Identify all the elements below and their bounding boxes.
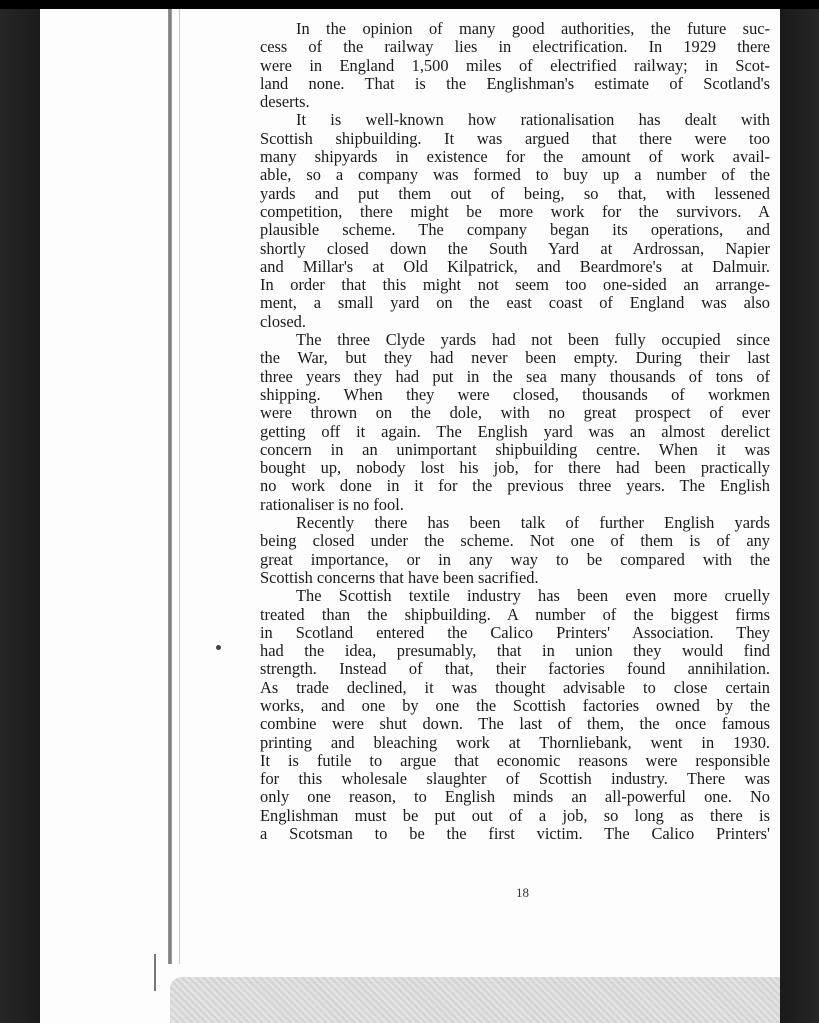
text-line: printing and bleaching work at Thornlieb… <box>260 734 770 752</box>
text-line: able, so a company was formed to buy up … <box>260 166 770 184</box>
text-line: works, and one by one the Scottish facto… <box>260 697 770 715</box>
text-line: plausible scheme. The company began its … <box>260 221 770 239</box>
top-frame-border <box>0 0 819 9</box>
text-line: yards and put them out of being, so that… <box>260 185 770 203</box>
page-gutter-shadow <box>168 9 172 964</box>
text-line: were in England 1,500 miles of electrifi… <box>260 57 770 75</box>
page-gutter-edge <box>179 9 180 964</box>
scan-speck <box>216 645 221 650</box>
text-line: It is well-known how rationalisation has… <box>260 111 770 129</box>
text-line: rationaliser is no fool. <box>260 496 770 514</box>
paragraph: In the opinion of many good authorities,… <box>260 20 770 111</box>
text-line: no work done in it for the previous thre… <box>260 477 770 495</box>
text-line: Englishman must be put out of a job, so … <box>260 807 770 825</box>
text-line: cess of the railway lies in electrificat… <box>260 38 770 56</box>
text-line: bought up, nobody lost his job, for ther… <box>260 459 770 477</box>
text-line: shipping. When they were closed, thousan… <box>260 386 770 404</box>
text-line: In order that this might not seem too on… <box>260 276 770 294</box>
text-line: The three Clyde yards had not been fully… <box>260 331 770 349</box>
right-frame-border <box>780 9 819 1023</box>
text-line: great importance, or in any way to be co… <box>260 551 770 569</box>
left-frame-border <box>0 9 40 1023</box>
page-corner-mark <box>154 954 156 991</box>
text-line: closed. <box>260 313 770 331</box>
text-line: three years they had put in the sea many… <box>260 368 770 386</box>
text-line: deserts. <box>260 93 770 111</box>
text-line: getting off it again. The English yard w… <box>260 423 770 441</box>
text-line: being closed under the scheme. Not one o… <box>260 532 770 550</box>
text-line: Scottish concerns that have been sacrifi… <box>260 569 770 587</box>
page-bottom-shadow <box>170 977 780 1023</box>
paragraph: The three Clyde yards had not been fully… <box>260 331 770 514</box>
text-line: a Scotsman to be the first victim. The C… <box>260 825 770 843</box>
body-text: In the opinion of many good authorities,… <box>260 20 770 843</box>
scanned-page: In the opinion of many good authorities,… <box>40 9 780 1023</box>
text-line: only one reason, to English minds an all… <box>260 788 770 806</box>
text-line: in Scotland entered the Calico Printers'… <box>260 624 770 642</box>
text-line: In the opinion of many good authorities,… <box>260 20 770 38</box>
text-line: land none. That is the Englishman's esti… <box>260 75 770 93</box>
text-line: and Millar's at Old Kilpatrick, and Bear… <box>260 258 770 276</box>
text-line: competition, there might be more work fo… <box>260 203 770 221</box>
text-line: As trade declined, it was thought advisa… <box>260 679 770 697</box>
text-line: for this wholesale slaughter of Scottish… <box>260 770 770 788</box>
paragraph: The Scottish textile industry has been e… <box>260 587 770 843</box>
text-line: strength. Instead of that, their factori… <box>260 660 770 678</box>
text-line: Scottish shipbuilding. It was argued tha… <box>260 130 770 148</box>
text-line: Recently there has been talk of further … <box>260 514 770 532</box>
text-line: the War, but they had never been empty. … <box>260 349 770 367</box>
text-line: The Scottish textile industry has been e… <box>260 587 770 605</box>
paragraph: It is well-known how rationalisation has… <box>260 111 770 331</box>
text-line: It is futile to argue that economic reas… <box>260 752 770 770</box>
text-line: shortly closed down the South Yard at Ar… <box>260 240 770 258</box>
text-line: treated than the shipbuilding. A number … <box>260 606 770 624</box>
text-line: concern in an unimportant shipbuilding c… <box>260 441 770 459</box>
text-line: were thrown on the dole, with no great p… <box>260 404 770 422</box>
text-line: had the idea, presumably, that in union … <box>260 642 770 660</box>
page-number: 18 <box>516 885 529 901</box>
text-line: ment, a small yard on the east coast of … <box>260 294 770 312</box>
text-line: combine were shut down. The last of them… <box>260 715 770 733</box>
text-line: many shipyards in existence for the amou… <box>260 148 770 166</box>
paragraph: Recently there has been talk of further … <box>260 514 770 587</box>
